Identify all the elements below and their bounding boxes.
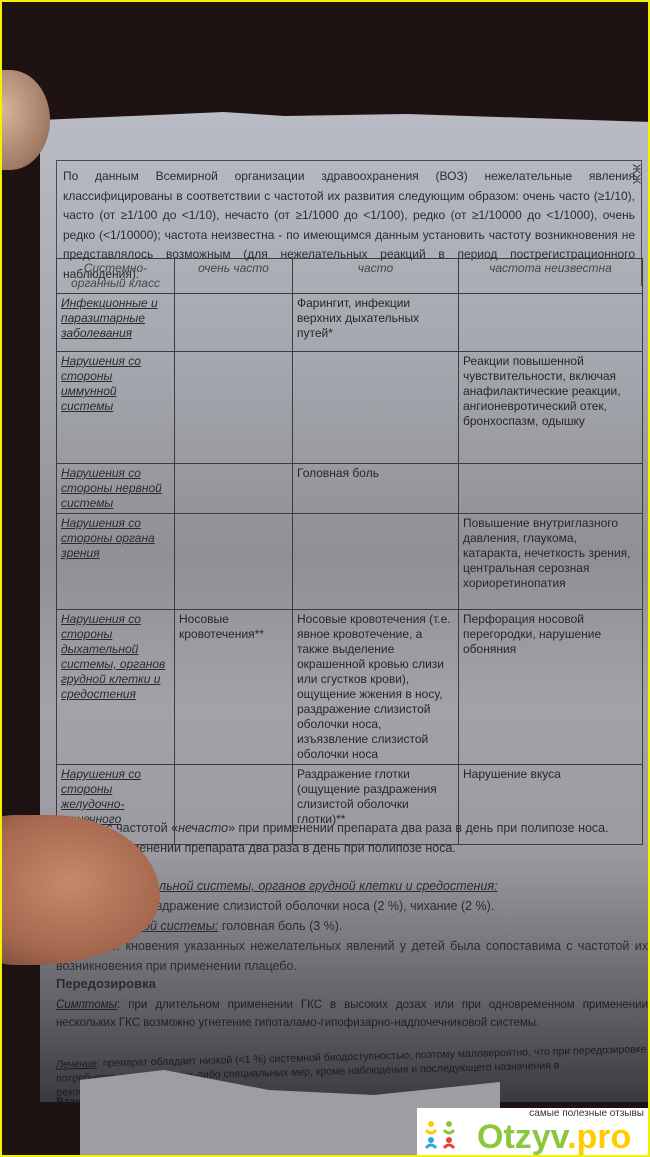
table-row: Инфекционные и паразитарные заболевания … [57, 294, 643, 352]
very-common-cell [175, 464, 293, 514]
soc-cell: Нарушения со стороны дыхательной системы… [57, 610, 175, 765]
header-soc: Системно-органный класс [57, 259, 175, 294]
common-cell [293, 352, 459, 464]
soc-cell: Нарушения со стороны нервной системы [57, 464, 175, 514]
soc-cell: Нарушения со стороны иммунной системы [57, 352, 175, 464]
table-header-row: Системно-органный класс очень часто част… [57, 259, 643, 294]
common-cell: Фарингит, инфекции верхних дыхательных п… [293, 294, 459, 352]
overdose-heading: Передозировка [56, 974, 648, 994]
watermark-logo: Otzyv.pro [477, 1118, 631, 1156]
unknown-cell: Повышение внутриглазного давления, глаук… [459, 514, 643, 610]
adverse-events-table: Системно-органный класс очень часто част… [56, 258, 643, 845]
unknown-cell: Реакции повышенной чувствительности, вкл… [459, 352, 643, 464]
unknown-cell [459, 464, 643, 514]
common-cell: Головная боль [293, 464, 459, 514]
very-common-cell [175, 294, 293, 352]
common-cell: Носовые кровотечения (т.е. явное кровоте… [293, 610, 459, 765]
header-very-common: очень часто [175, 259, 293, 294]
soc-cell: Инфекционные и паразитарные заболевания [57, 294, 175, 352]
otzyv-logo-icon [423, 1118, 459, 1152]
side-mark: ЖЖ [630, 164, 642, 184]
soc-cell: Нарушения со стороны органа зрения [57, 514, 175, 610]
very-common-cell [175, 514, 293, 610]
table-row: Нарушения со стороны нервной системы Гол… [57, 464, 643, 514]
overdose-symptoms: Симптомы: при длительном применении ГКС … [56, 996, 648, 1032]
table-row: Нарушения со стороны органа зрения Повыш… [57, 514, 643, 610]
common-cell [293, 514, 459, 610]
very-common-cell [175, 352, 293, 464]
watermark: самые полезные отзывы Otzyv.pro [417, 1108, 650, 1157]
children-comparison: Частота … кновения указанных нежелательн… [56, 936, 648, 976]
unknown-cell: Перфорация носовой перегородки, нарушени… [459, 610, 643, 765]
unknown-cell [459, 294, 643, 352]
header-common: часто [293, 259, 459, 294]
table-row: Нарушения со стороны дыхательной системы… [57, 610, 643, 765]
footnote-1: …влено с частотой «нечасто» при применен… [56, 818, 648, 838]
very-common-cell: Носовые кровотечения** [175, 610, 293, 765]
header-unknown: частота неизвестна [459, 259, 643, 294]
table-row: Нарушения со стороны иммунной системы Ре… [57, 352, 643, 464]
